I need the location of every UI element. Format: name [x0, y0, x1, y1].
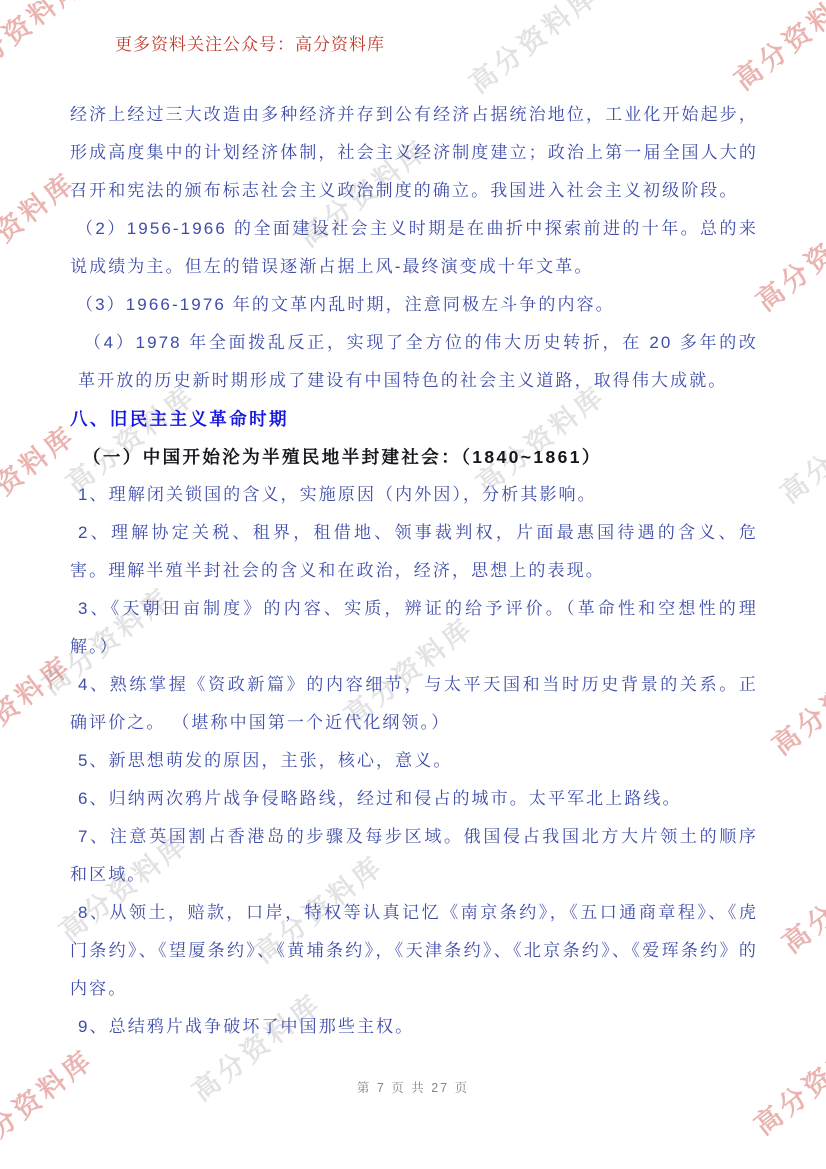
document-page: 高分资料库 高分资料库 高分资料库 高分资料库 高分资料库 高分资料库 高分资料…	[0, 0, 826, 1169]
document-content: 经济上经过三大改造由多种经济并存到公有经济占据统治地位，工业化开始起步，形成高度…	[70, 96, 758, 1046]
list-item: 4、熟练掌握《资政新篇》的内容细节，与太平天国和当时历史背景的关系。正确评价之。…	[70, 666, 758, 742]
paragraph: （3）1966-1976 年的文革内乱时期，注意同极左斗争的内容。	[70, 286, 758, 324]
list-item: 3、《天朝田亩制度》的内容、实质，辨证的给予评价。（革命性和空想性的理解。）	[70, 590, 758, 666]
watermark: 高分资料库	[770, 384, 826, 510]
subsection-heading: （一）中国开始沦为半殖民地半封建社会：（1840~1861）	[70, 438, 758, 476]
paragraph: （2）1956-1966 的全面建设社会主义时期是在曲折中探索前进的十年。总的来…	[70, 210, 758, 286]
header-promo-text: 更多资料关注公众号：高分资料库	[115, 30, 385, 55]
watermark: 高分资料库	[762, 636, 826, 762]
list-item: 1、理解闭关锁国的含义，实施原因（内外因），分析其影响。	[70, 476, 758, 514]
watermark: 高分资料库	[772, 834, 826, 960]
list-item: 9、总结鸦片战争破坏了中国那些主权。	[70, 1008, 758, 1046]
watermark: 高分资料库	[0, 1038, 101, 1164]
list-item: 6、归纳两次鸦片战争侵略路线，经过和侵占的城市。太平军北上路线。	[70, 780, 758, 818]
watermark: 高分资料库	[746, 192, 826, 318]
watermark: 高分资料库	[0, 644, 79, 770]
list-item: 2、理解协定关税、租界，租借地、领事裁判权，片面最惠国待遇的含义、危害。理解半殖…	[70, 514, 758, 590]
page-number: 第 7 页 共 27 页	[0, 1078, 826, 1096]
watermark: 高分资料库	[0, 0, 91, 91]
watermark: 高分资料库	[459, 0, 605, 101]
list-item: 8、从领土，赔款，口岸，特权等认真记忆《南京条约》，《五口通商章程》、《虎门条约…	[70, 894, 758, 1008]
list-item: 7、注意英国割占香港岛的步骤及每步区域。俄国侵占我国北方大片领土的顺序和区域。	[70, 818, 758, 894]
paragraph: 经济上经过三大改造由多种经济并存到公有经济占据统治地位，工业化开始起步，形成高度…	[70, 96, 758, 210]
list-item: 5、新思想萌发的原因，主张，核心，意义。	[70, 742, 758, 780]
section-heading: 八、旧民主主义革命时期	[70, 400, 758, 438]
paragraph: （4）1978 年全面拨乱反正，实现了全方位的伟大历史转折，在 20 多年的改革…	[70, 324, 758, 400]
watermark: 高分资料库	[724, 0, 826, 98]
